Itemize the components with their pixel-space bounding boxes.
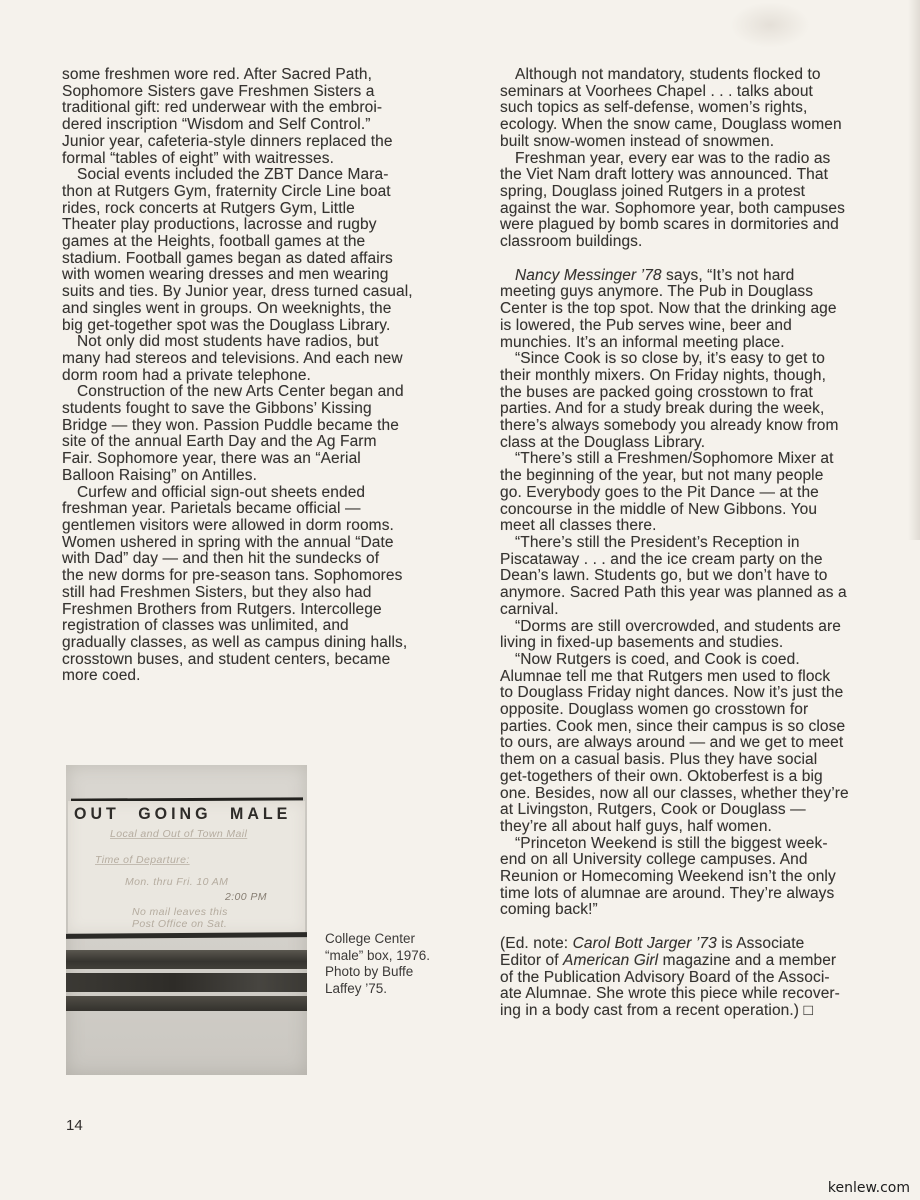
paragraph: “Dorms are still overcrowded, and studen… (500, 619, 904, 652)
scan-edge-shadow (908, 0, 920, 540)
stencil-text: OUT GOING MALE (74, 805, 291, 824)
paragraph: Freshman year, every ear was to the radi… (500, 151, 904, 251)
mail-slot-bar (66, 973, 307, 992)
mail-slot-bar (66, 950, 307, 969)
handwriting-line: 2:00 PM (225, 892, 267, 904)
paragraph: “There’s still the President’s Reception… (500, 535, 904, 619)
paragraph: “Princeton Weekend is still the biggest … (500, 836, 904, 920)
paragraph: Although not mandatory, students flocked… (500, 67, 904, 151)
handwriting-line: Time of Departure: (95, 855, 190, 867)
mail-slot-bar (66, 996, 307, 1011)
photo-caption: College Center “male” box, 1976. Photo b… (325, 931, 475, 997)
sign-bottom-edge (66, 932, 307, 939)
handwriting-line: Mon. thru Fri. 10 AM (125, 877, 228, 889)
scan-smudge (730, 2, 810, 48)
paragraph: “There’s still a Freshmen/Sophomore Mixe… (500, 451, 904, 535)
left-text-column: some freshmen wore red. After Sacred Pat… (62, 67, 466, 685)
watermark: kenlew.com (828, 1180, 910, 1196)
paragraph: Curfew and official sign-out sheets ende… (62, 485, 466, 685)
paragraph: (Ed. note: Carol Bott Jarger ’73 is Asso… (500, 936, 904, 1020)
handwriting-line: Local and Out of Town Mail (110, 829, 247, 841)
paragraph: Not only did most students have radios, … (62, 334, 466, 384)
handwriting-line: No mail leaves this Post Office on Sat. (132, 907, 228, 930)
right-text-column: Although not mandatory, students flocked… (500, 67, 904, 1020)
paragraph: “Now Rutgers is coed, and Cook is coed. … (500, 652, 904, 836)
paragraph: Nancy Messinger ’78 says, “It’s not hard… (500, 268, 904, 352)
mailbox-sign: OUT GOING MALE Local and Out of Town Mai… (68, 801, 305, 933)
paragraph: Construction of the new Arts Center bega… (62, 384, 466, 484)
page-number: 14 (66, 1117, 83, 1134)
paragraph: some freshmen wore red. After Sacred Pat… (62, 67, 466, 167)
photo-outgoing-male-box: OUT GOING MALE Local and Out of Town Mai… (66, 765, 307, 1075)
paragraph: Social events included the ZBT Dance Mar… (62, 167, 466, 334)
paragraph: “Since Cook is so close by, it’s easy to… (500, 351, 904, 451)
